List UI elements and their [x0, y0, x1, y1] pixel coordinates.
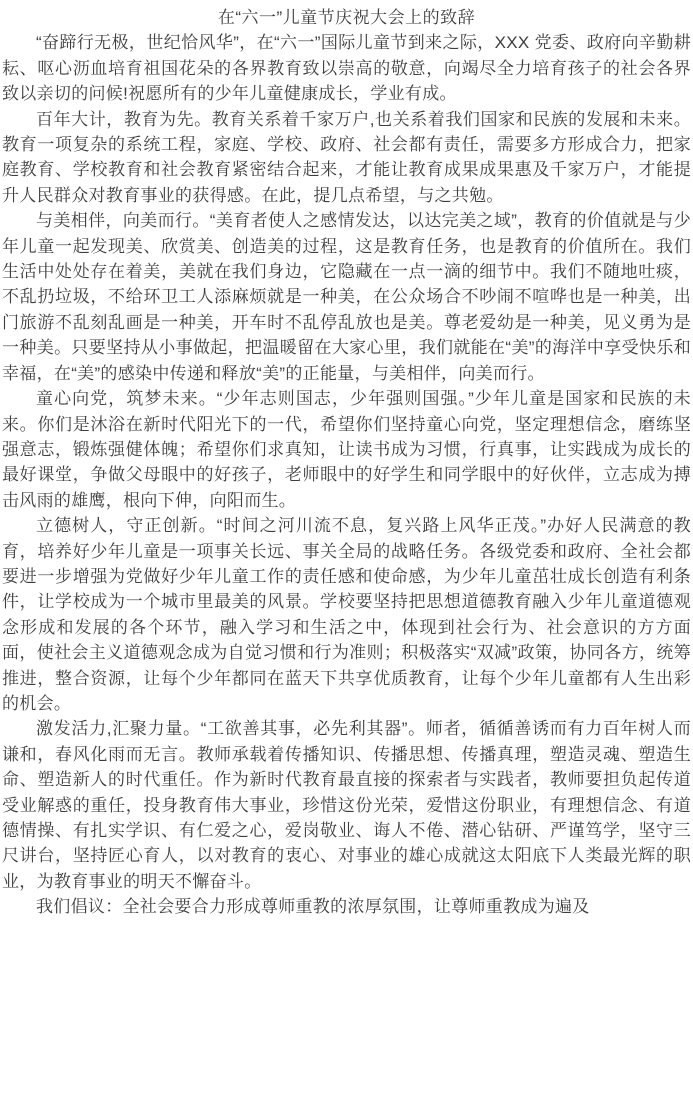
document-page: 在“六一”儿童节庆祝大会上的致辞 “奋蹄行无极，世纪恰风华”，在“六一”国际儿童…	[0, 0, 693, 920]
paragraph-teachers-mission: 激发活力,汇聚力量。“工欲善其事，必先利其器”。师者，循循善诱而有力百年树人而谦…	[2, 716, 691, 894]
paragraph-education-priority: 百年大计，教育为先。教育关系着千家万户,也关系着我们国家和民族的发展和未来。教育…	[2, 107, 691, 209]
paragraph-opening-greeting: “奋蹄行无极，世纪恰风华”，在“六一”国际儿童节到来之际，XXX 党委、政府向辛…	[2, 30, 691, 106]
document-title: 在“六一”儿童节庆祝大会上的致辞	[2, 5, 691, 30]
paragraph-proposal-truncated: 我们倡议：全社会要合力形成尊师重教的浓厚氛围，让尊师重教成为遍及	[2, 894, 691, 919]
paragraph-beauty-education: 与美相伴，向美而行。“美育者使人之感情发达，以达完美之域”，教育的价值就是与少年…	[2, 208, 691, 386]
paragraph-moral-education: 立德树人，守正创新。“时间之河川流不息，复兴路上风华正茂。”办好人民满意的教育，…	[2, 513, 691, 716]
paragraph-children-aspiration: 童心向党，筑梦未来。“少年志则国志，少年强则国强。”少年儿童是国家和民族的未来。…	[2, 386, 691, 513]
